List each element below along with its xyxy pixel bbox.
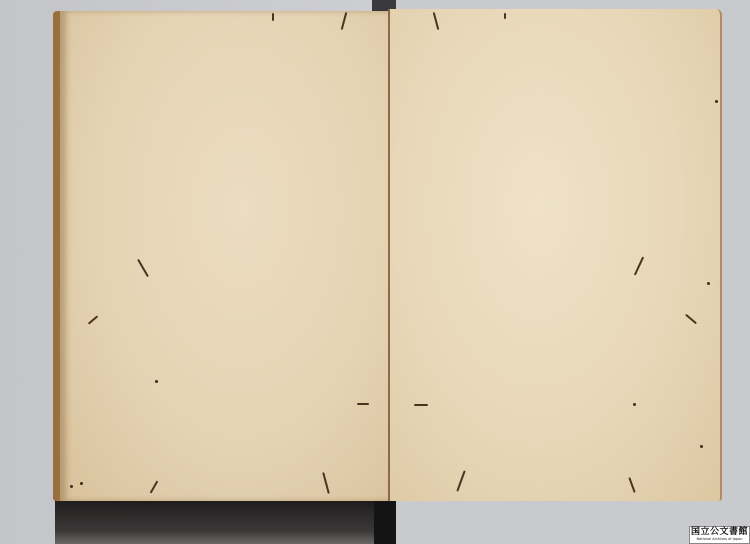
wormhole [707,282,710,285]
book-spine [388,9,390,501]
thread-mark [414,404,428,406]
thread-mark [504,13,506,19]
book-bottom-shadow [55,500,375,544]
watermark-subtitle: National Archives of Japan [690,538,749,542]
gutter-bottom-shadow [374,500,396,544]
wormhole [80,482,83,485]
archive-watermark: 国立公文書館 National Archives of Japan [689,526,750,544]
wormhole [715,100,718,103]
left-page [53,11,390,501]
watermark-title: 国立公文書館 [690,528,749,537]
thread-mark [357,403,369,405]
wormhole [700,445,703,448]
wormhole [633,403,636,406]
wormhole [155,380,158,383]
wormhole [70,485,73,488]
thread-mark [272,13,274,21]
right-page [389,9,722,501]
